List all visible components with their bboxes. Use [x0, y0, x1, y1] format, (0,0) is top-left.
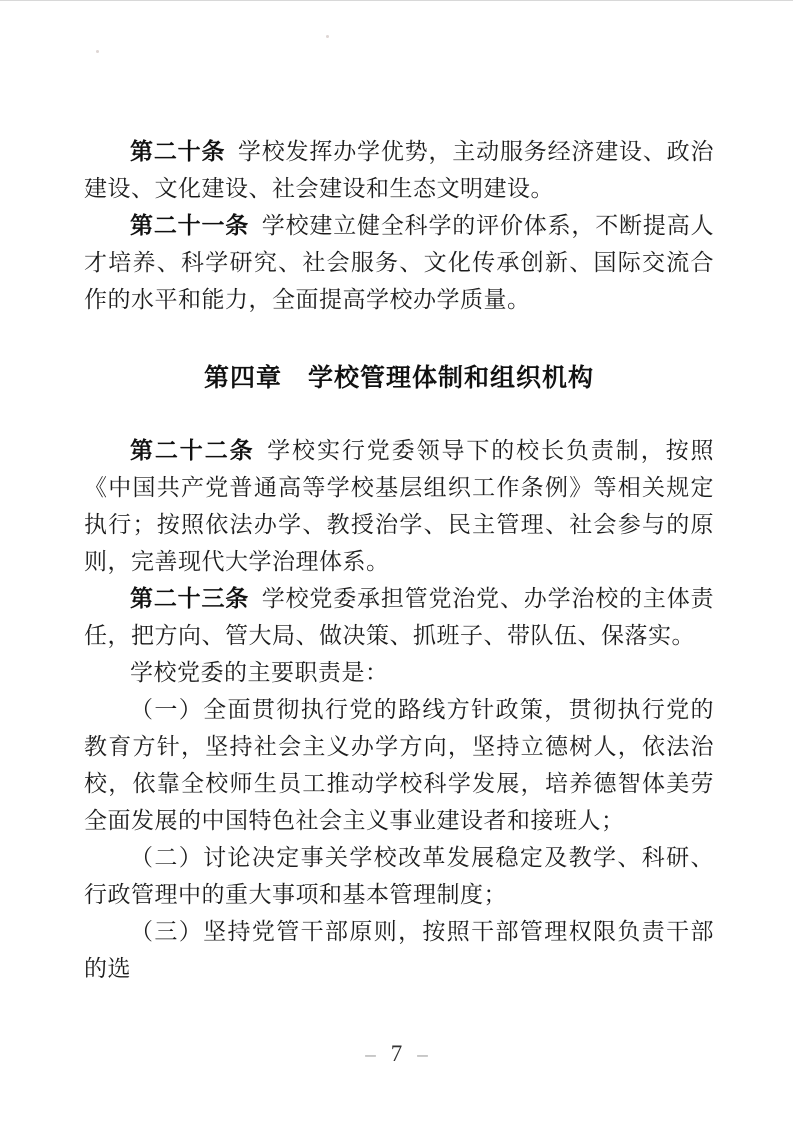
- article-20-number: 第二十条: [130, 138, 225, 164]
- article-21-number: 第二十一条: [130, 212, 249, 238]
- duty-item-3: （三）坚持党管干部原则，按照干部管理权限负责干部的选: [84, 913, 714, 987]
- scan-artifact: [326, 35, 329, 38]
- party-duties-intro: 学校党委的主要职责是：: [84, 654, 714, 691]
- duty-item-1: （一）全面贯彻执行党的路线方针政策，贯彻执行党的教育方针，坚持社会主义办学方向，…: [84, 691, 714, 839]
- page-number-value: 7: [391, 1041, 403, 1066]
- article-20: 第二十条学校发挥办学优势，主动服务经济建设、政治建设、文化建设、社会建设和生态文…: [84, 133, 714, 207]
- article-21: 第二十一条学校建立健全科学的评价体系，不断提高人才培养、科学研究、社会服务、文化…: [84, 207, 714, 318]
- article-22-number: 第二十二条: [130, 437, 255, 463]
- document-page: 第二十条学校发挥办学优势，主动服务经济建设、政治建设、文化建设、社会建设和生态文…: [0, 0, 793, 1122]
- page-number-dash-left: –: [365, 1042, 376, 1066]
- duty-item-2: （二）讨论决定事关学校改革发展稳定及教学、科研、行政管理中的重大事项和基本管理制…: [84, 839, 714, 913]
- article-23: 第二十三条学校党委承担管党治党、办学治校的主体责任，把方向、管大局、做决策、抓班…: [84, 580, 714, 654]
- scan-artifact: [96, 50, 99, 53]
- chapter-4-heading: 第四章 学校管理体制和组织机构: [84, 358, 714, 398]
- page-number-dash-right: –: [417, 1042, 428, 1066]
- document-body: 第二十条学校发挥办学优势，主动服务经济建设、政治建设、文化建设、社会建设和生态文…: [84, 133, 714, 987]
- article-23-number: 第二十三条: [130, 585, 249, 611]
- article-22: 第二十二条学校实行党委领导下的校长负责制，按照《中国共产党普通高等学校基层组织工…: [84, 432, 714, 580]
- page-number: –7–: [0, 1039, 793, 1069]
